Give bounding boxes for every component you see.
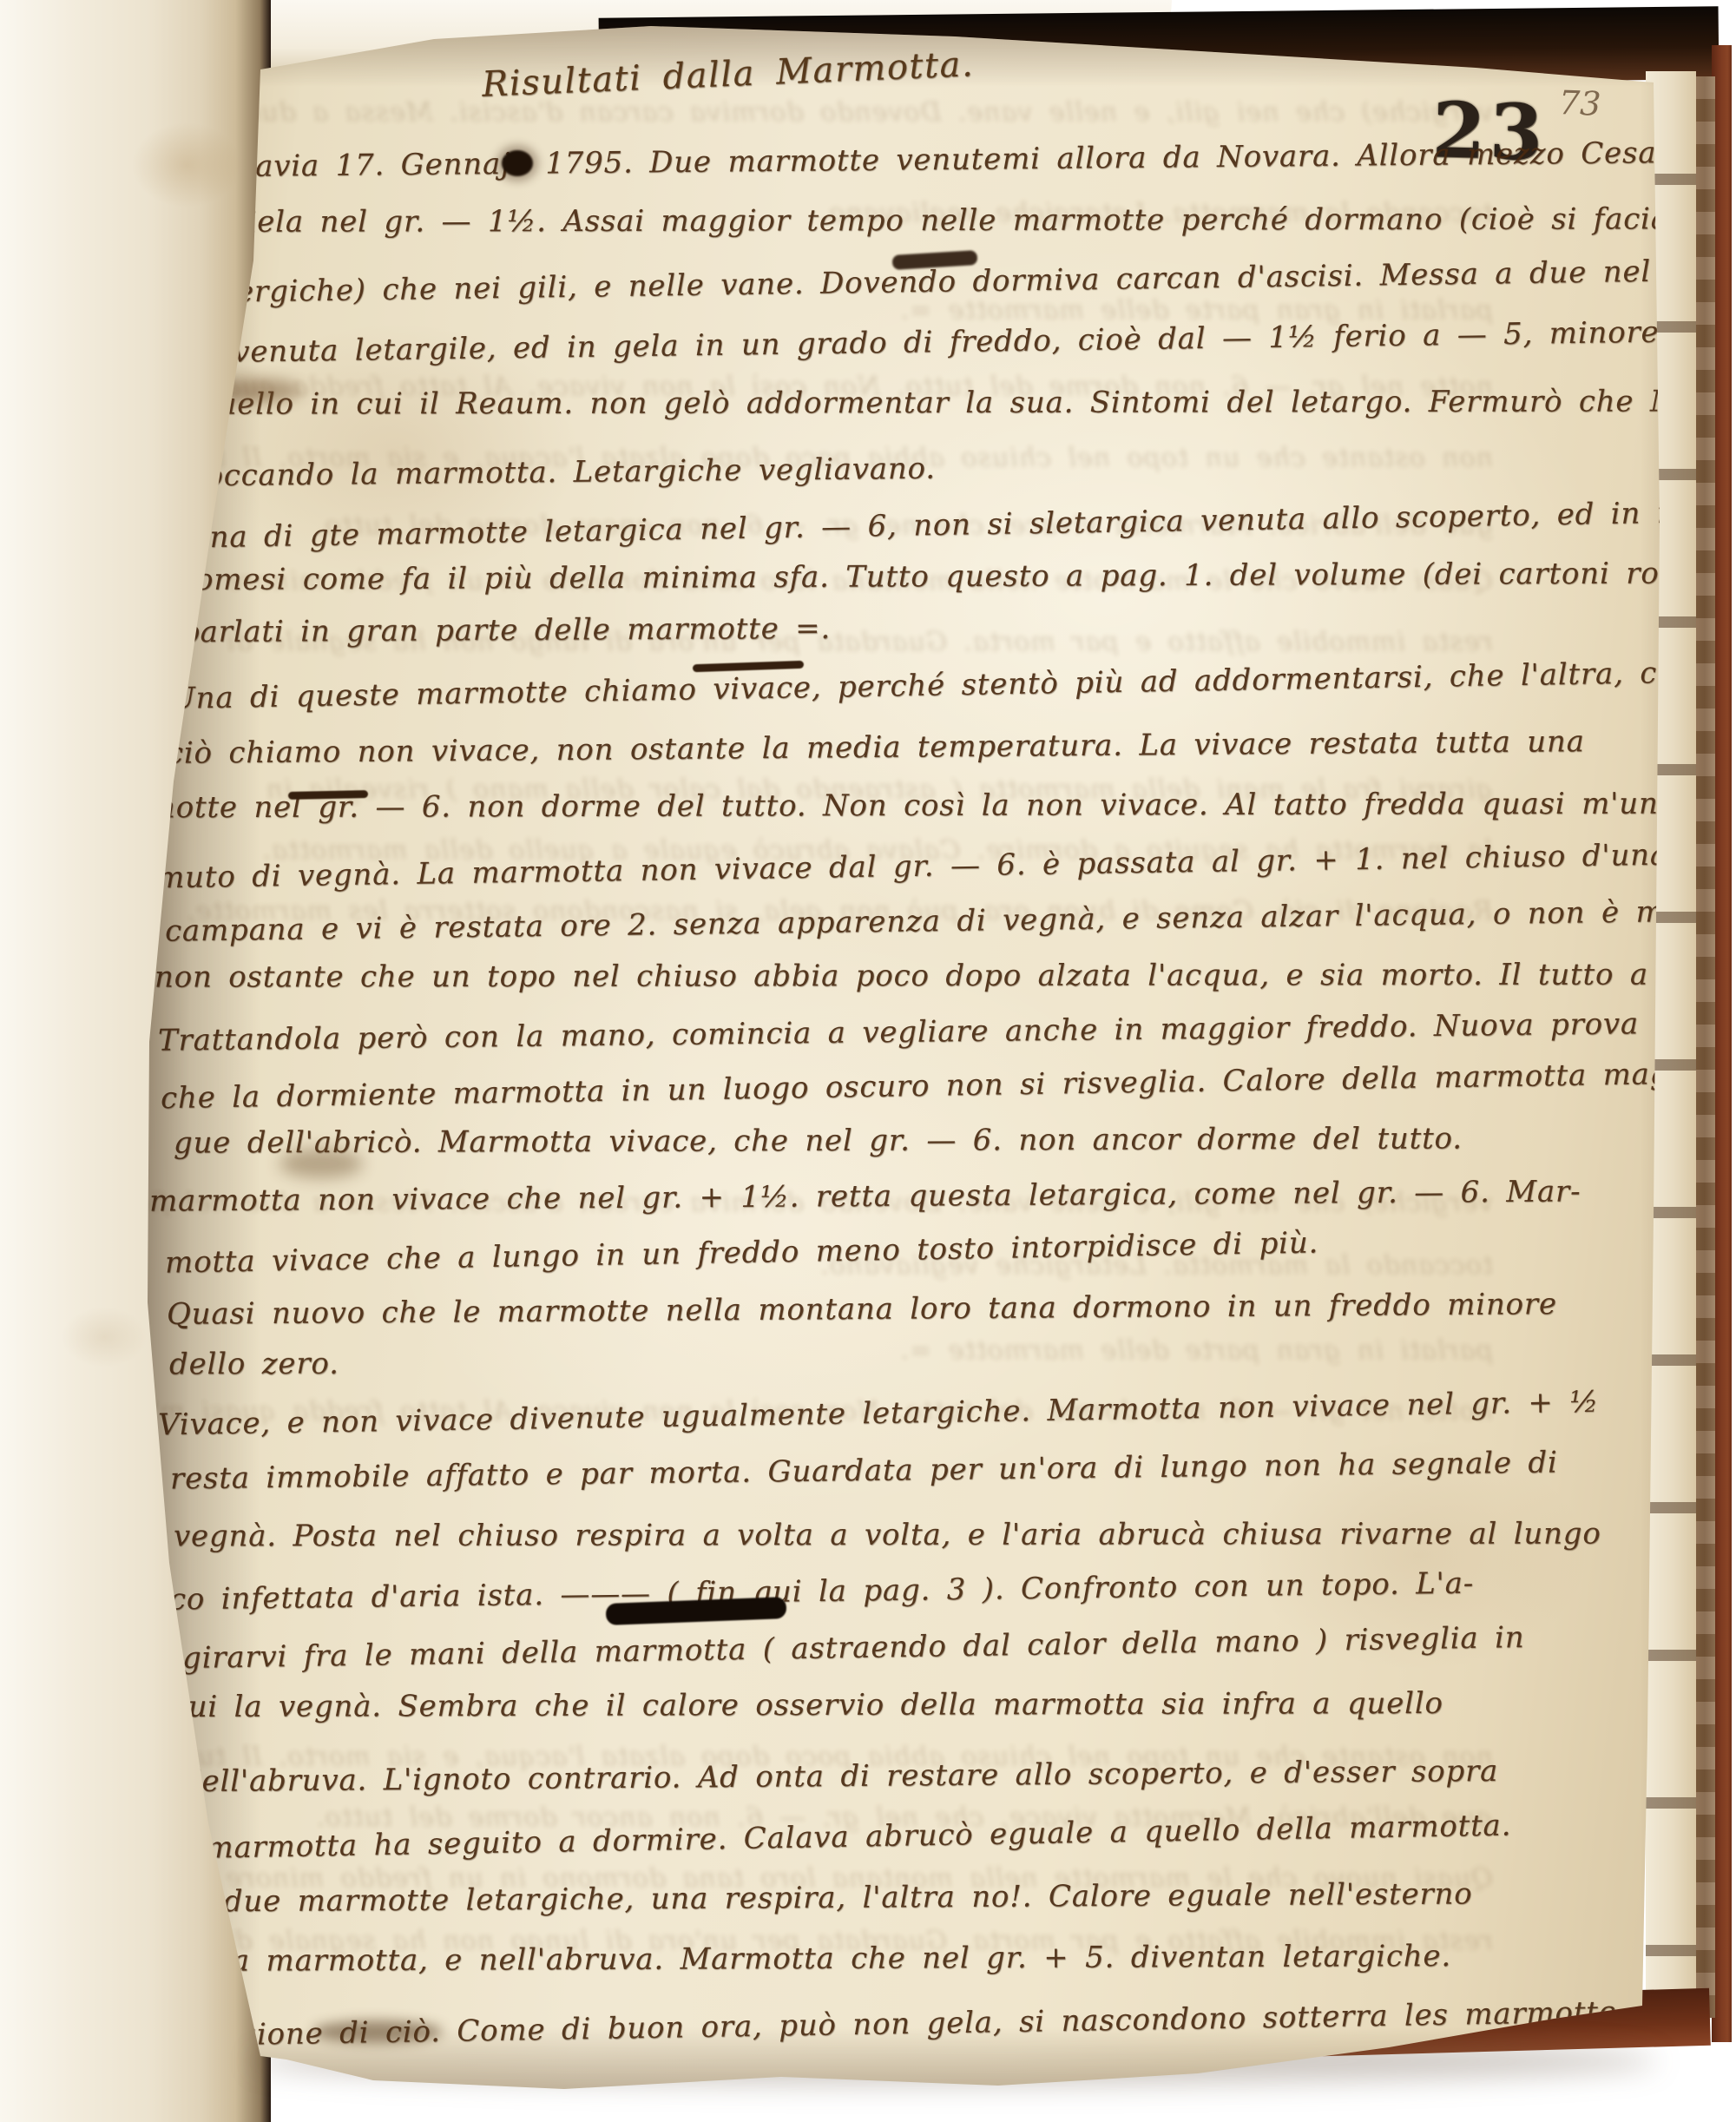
manuscript-line: quello in cui il Reaum. non gelò addorme… — [198, 381, 1736, 424]
manuscript-line: girarvi fra le mani della marmotta ( ast… — [182, 1618, 1525, 1678]
manuscript-line: Quasi nuovo che le marmotte nella montan… — [167, 1284, 1557, 1334]
ink-smudge — [312, 2020, 443, 2043]
manuscript-line: di due marmotte letargiche, una respira,… — [178, 1874, 1473, 1921]
manuscript-line: lui la vegnà. Sembra che il calore osser… — [178, 1684, 1443, 1727]
manuscript-line: Pavia 17. Gennajo 1795. Due marmotte ven… — [236, 133, 1672, 187]
manuscript-line: giela nel gr. — 1½. Assai maggior tempo … — [227, 199, 1733, 242]
page-title: Risultati dalla Marmotta. — [481, 44, 975, 105]
manuscript-line: della marmotta, e nell'abruva. Marmotta … — [174, 1936, 1451, 1981]
manuscript-line: che la dormiente marmotta in un luogo os… — [161, 1054, 1680, 1118]
manuscript-line: dello zero. — [169, 1344, 339, 1385]
manuscript-line: Una di gte marmotte letargica nel gr. — … — [184, 491, 1736, 557]
manuscript-line: vomesi come fa il più della minima sfa. … — [178, 553, 1736, 600]
manuscript-line: marmotta non vivace che nel gr. + 1½. re… — [149, 1171, 1581, 1221]
ink-smudge — [279, 1149, 363, 1178]
manuscript-line: notte nel gr. — 6. non dorme del tutto. … — [156, 784, 1659, 828]
manuscript-line: dell'abruva. L'ignoto contrario. Ad onta… — [182, 1751, 1498, 1802]
manuscript-line: campana e vi è restata ore 2. senza appa… — [165, 891, 1729, 951]
manuscript-line: co infettata d'aria ista. ——— ( fin qui … — [169, 1564, 1475, 1620]
manuscript-line: toccando la marmotta. Letargiche vegliav… — [193, 449, 936, 497]
manuscript-line: Trattandola però con la mano, comincia a… — [158, 1004, 1639, 1060]
manuscript-line: Una di queste marmotte chiamo vivace, pe… — [170, 651, 1736, 719]
ink-underline — [288, 790, 368, 800]
manuscript-page: vergiche) che nei gili, e nelle vane. Do… — [130, 13, 1701, 2097]
manuscript-line: la marmotta ha seguito a dormire. Calava… — [161, 1805, 1512, 1868]
show-through-line: vergiche) che nei gili, e nelle vane. Do… — [99, 97, 1493, 128]
manuscript-line: gue dell'abricò. Marmotta vivace, che ne… — [174, 1118, 1463, 1163]
manuscript-line: muto di vegnà. La marmotta non vivace da… — [156, 835, 1669, 899]
ink-blot — [502, 150, 533, 176]
book-photograph: vergiche) che nei gili, e nelle vane. Do… — [0, 0, 1736, 2122]
manuscript-line: resta immobile affatto e par morta. Guar… — [170, 1443, 1558, 1499]
handwritten-folio-number: 73 — [1558, 83, 1601, 123]
manuscript-line: vegnà. Posta nel chiuso respira a volta … — [174, 1514, 1601, 1557]
manuscript-line: Vivace, e non vivace divenute ugualmente… — [158, 1382, 1600, 1446]
show-through-line: parlati in gran parte delle marmotte =. — [900, 1335, 1493, 1366]
manuscript-line: parlati in gran parte delle marmotte =. — [181, 609, 831, 652]
manuscript-line: non ostante che un topo nel chiuso abbia… — [155, 954, 1736, 997]
manuscript-line: ciò chiamo non vivace, non ostante la me… — [167, 722, 1585, 774]
manuscript-line: divenuta letargile, ed in gela in un gra… — [203, 312, 1706, 372]
manuscript-line: motta vivace che a lungo in un freddo me… — [165, 1222, 1319, 1282]
